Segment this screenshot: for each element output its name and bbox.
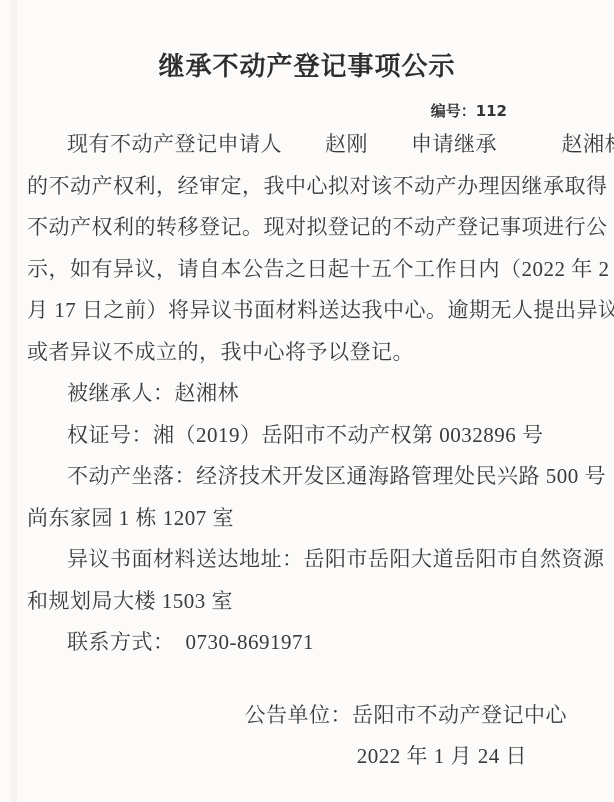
property-location-line: 不动产坐落：经济技术开发区通海路管理处民兴路 500 号 [27,456,586,498]
heir-line: 被继承人：赵湘林 [27,373,586,415]
issuer-line: 公告单位：岳阳市不动产登记中心 [27,695,586,737]
contact-line: 联系方式： 0730-8691971 [27,622,586,664]
objection-address-line: 异议书面材料送达地址：岳阳市岳阳大道岳阳市自然资源 [27,539,586,581]
doc-number: 编号：112 [0,100,614,122]
body-line: 的不动产权利，经审定，我中心拟对该不动产办理因继承取得 [27,166,586,208]
body-line: 示，如有异议，请自本公告之日起十五个工作日内（2022 年 2 [27,249,586,291]
notice-title: 继承不动产登记事项公示 [0,0,614,84]
body-line: 现有不动产登记申请人 赵刚 申请继承 赵湘林 [27,124,586,166]
scanned-notice-page: 继承不动产登记事项公示 编号：112 现有不动产登记申请人 赵刚 申请继承 赵湘… [0,0,614,802]
objection-address-line-continued: 和规划局大楼 1503 室 [27,581,586,623]
notice-footer: 公告单位：岳阳市不动产登记中心 2022 年 1 月 24 日 [27,695,586,778]
body-line: 月 17 日之前）将异议书面材料送达我中心。逾期无人提出异议 [27,290,586,332]
body-line: 或者异议不成立的，我中心将予以登记。 [27,332,586,374]
body-line: 不动产权利的转移登记。现对拟登记的不动产登记事项进行公 [27,207,586,249]
scan-artifact-streak [11,0,17,802]
date-line: 2022 年 1 月 24 日 [27,736,586,778]
certificate-number-line: 权证号：湘（2019）岳阳市不动产权第 0032896 号 [27,415,586,457]
property-location-line-continued: 尚东家园 1 栋 1207 室 [27,498,586,540]
notice-body: 现有不动产登记申请人 赵刚 申请继承 赵湘林 的不动产权利，经审定，我中心拟对该… [27,124,586,778]
